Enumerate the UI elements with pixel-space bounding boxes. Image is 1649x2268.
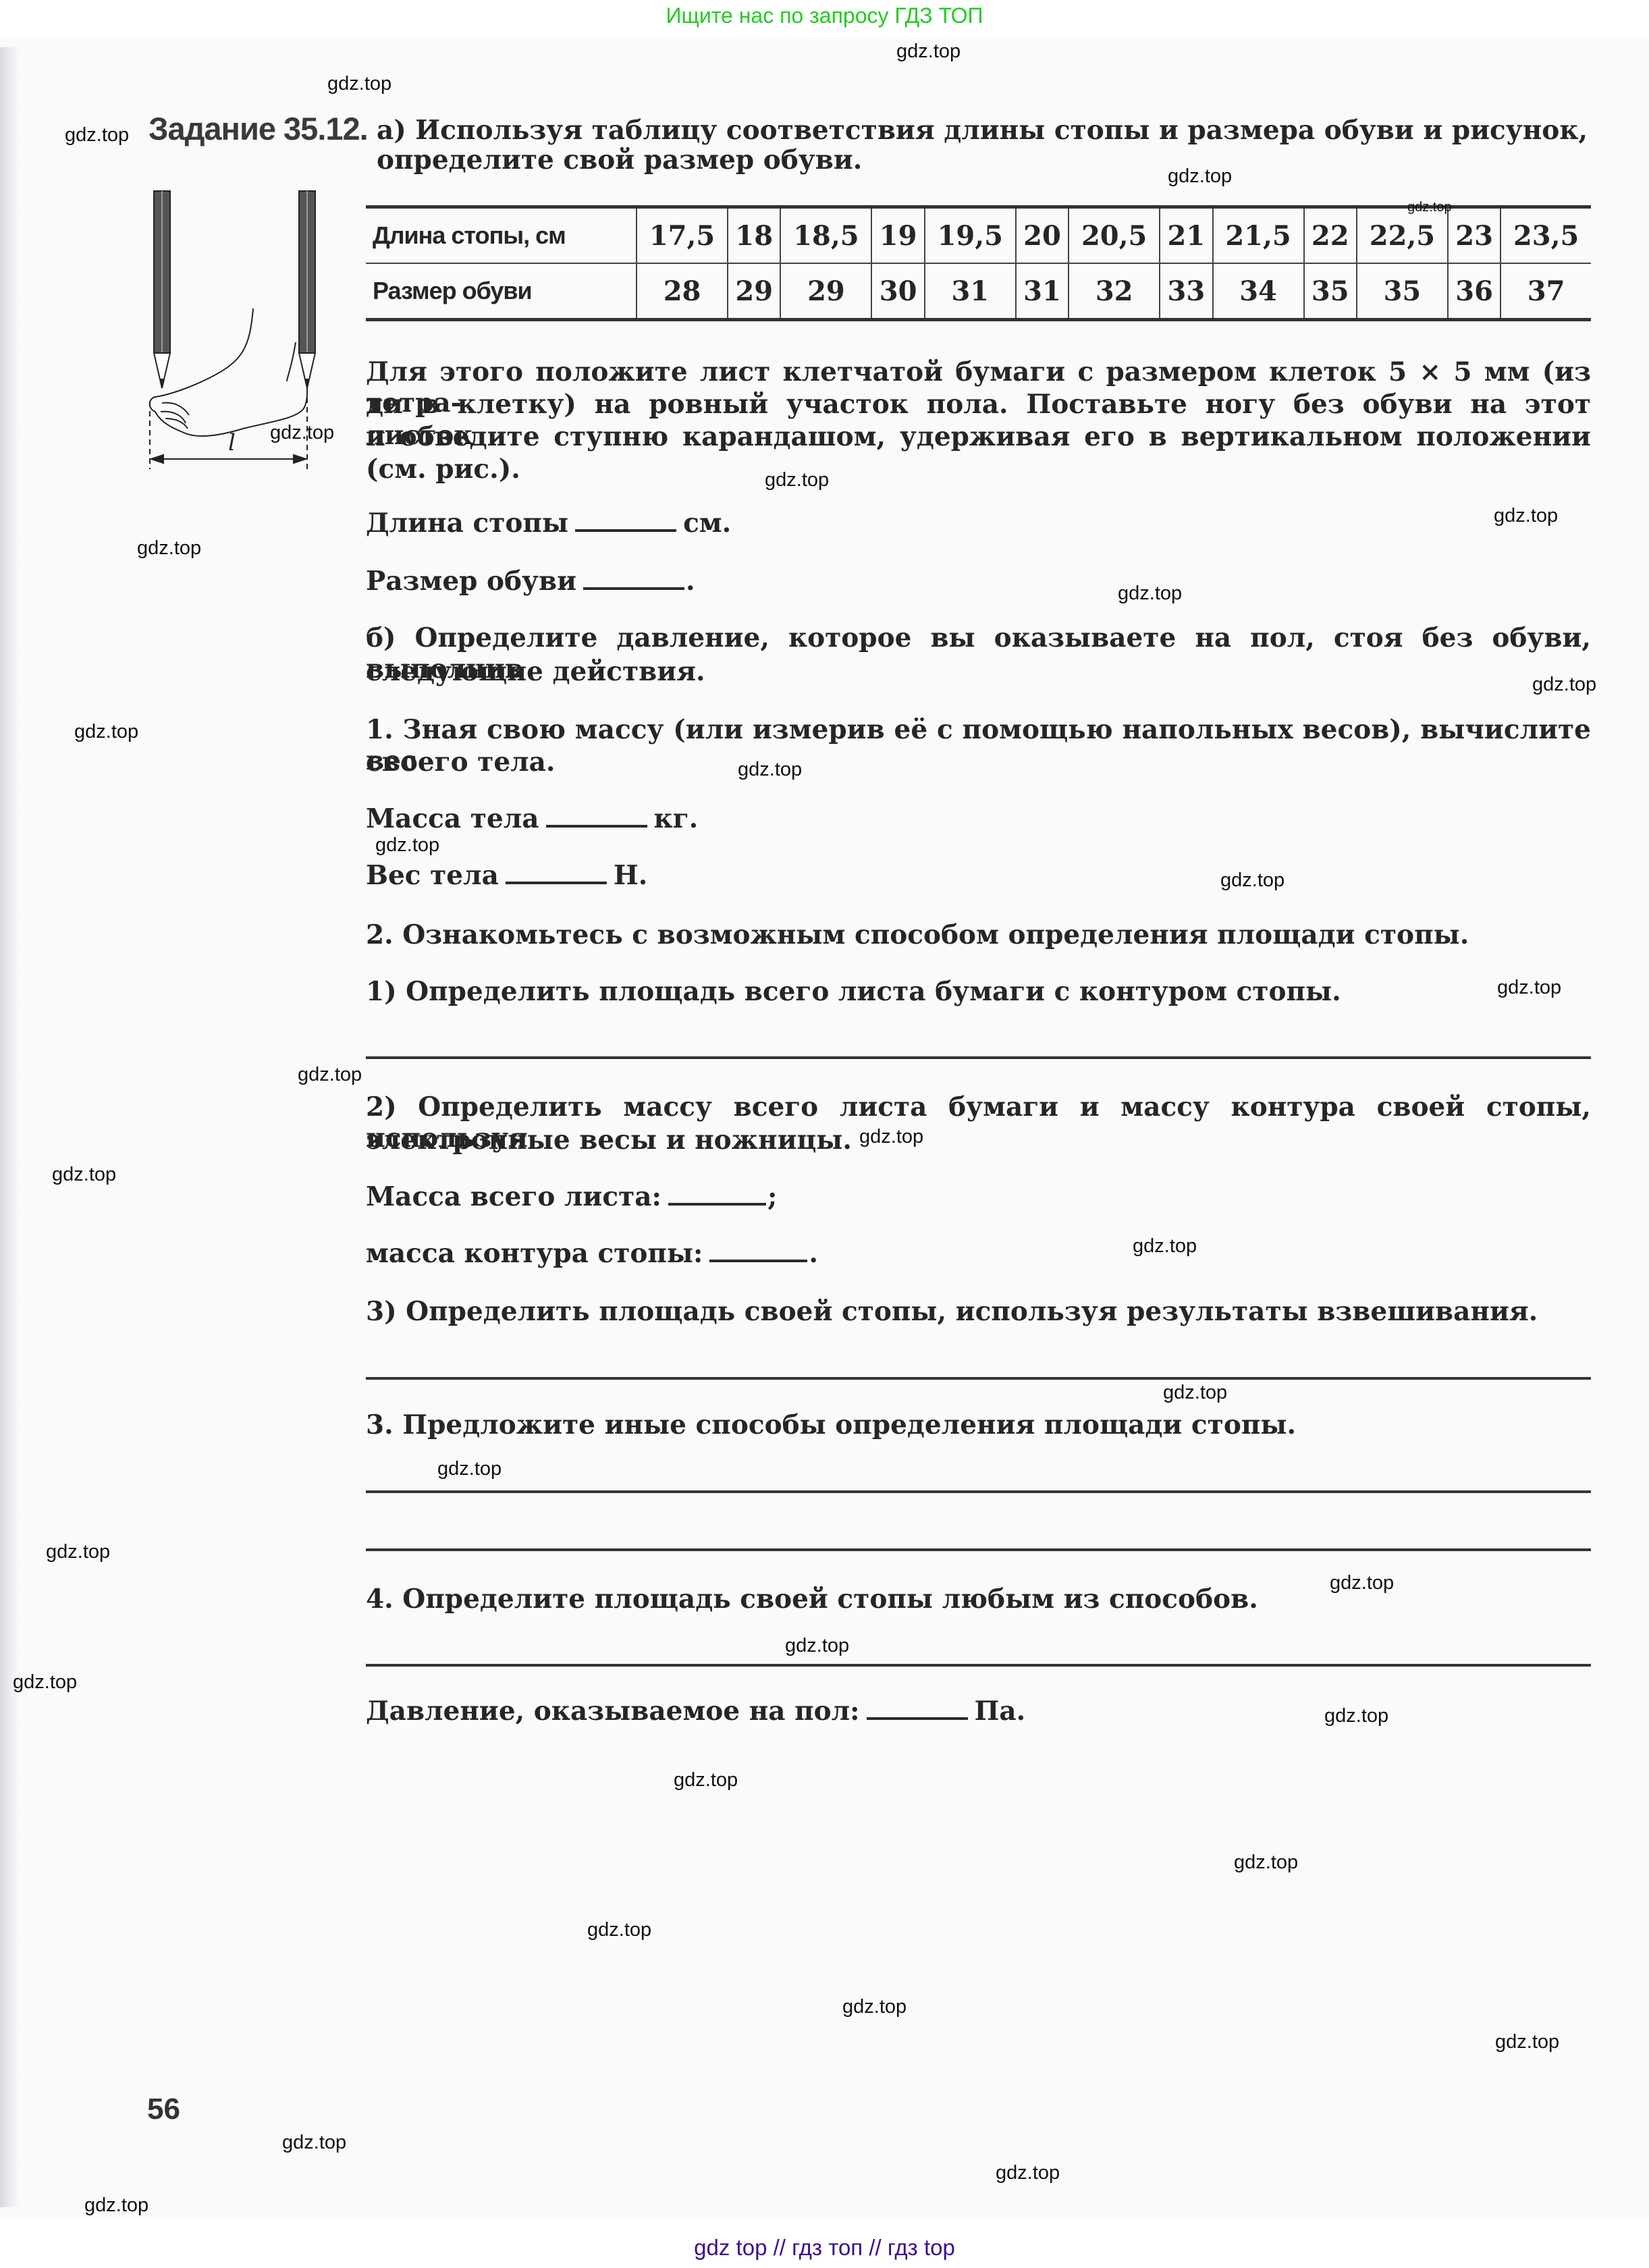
watermark: gdz.top	[13, 1671, 77, 1694]
weight-unit: Н.	[614, 860, 647, 891]
table-cell-shoe-size: 32	[1069, 263, 1160, 320]
table-cell-foot-length: 19,5	[925, 207, 1016, 264]
table-row-shoe-size: Размер обуви 28292930313132333435353637	[366, 263, 1591, 320]
watermark: gdz.top	[375, 834, 439, 857]
table-cell-shoe-size: 28	[637, 263, 728, 320]
watermark: gdz.top	[52, 1164, 116, 1186]
watermark: gdz.top	[1407, 200, 1452, 215]
contour-mass-row: масса контура стопы:.	[366, 1238, 818, 1269]
watermark: gdz.top	[270, 422, 334, 444]
answer-line[interactable]	[366, 1664, 1591, 1667]
watermark: gdz.top	[327, 73, 391, 95]
watermark: gdz.top	[1168, 165, 1232, 188]
watermark: gdz.top	[1494, 505, 1558, 527]
watermark: gdz.top	[84, 2194, 148, 2217]
watermark: gdz.top	[1497, 977, 1561, 999]
watermark: gdz.top	[996, 2162, 1060, 2184]
watermark: gdz.top	[1118, 583, 1182, 605]
step2-1: 1) Определить площадь всего листа бумаги…	[366, 976, 1341, 1007]
watermark: gdz.top	[298, 1064, 362, 1086]
watermark: gdz.top	[765, 469, 829, 491]
watermark: gdz.top	[1133, 1235, 1197, 1258]
watermark: gdz.top	[738, 759, 802, 781]
watermark: gdz.top	[1324, 1705, 1388, 1727]
table-cell-foot-length: 18,5	[780, 207, 871, 264]
step2-3: 3) Определить площадь своей стопы, испол…	[366, 1296, 1538, 1327]
weight-label: Вес тела	[366, 860, 499, 891]
page-binding-shadow	[0, 47, 20, 2207]
table-cell-foot-length: 22,5	[1357, 207, 1448, 264]
watermark: gdz.top	[1163, 1382, 1227, 1404]
mass-unit: кг.	[654, 803, 699, 834]
answer-line[interactable]	[366, 1377, 1591, 1380]
shoe-size-label: Размер обуви	[366, 566, 576, 597]
step2-heading: 2. Ознакомьтесь с возможным способом опр…	[366, 919, 1469, 950]
foot-length-blank[interactable]	[575, 529, 676, 532]
watermark: gdz.top	[1330, 1572, 1394, 1594]
mass-blank[interactable]	[546, 825, 647, 828]
foot-size-table: Длина стопы, см 17,51818,51919,52020,521…	[366, 205, 1591, 321]
contour-mass-end: .	[809, 1238, 818, 1269]
table-cell-shoe-size: 34	[1213, 263, 1304, 320]
watermark: gdz.top	[785, 1635, 849, 1657]
watermark: gdz.top	[74, 721, 138, 743]
watermark: gdz.top	[1532, 674, 1596, 696]
table-row-foot-length: Длина стопы, см 17,51818,51919,52020,521…	[366, 207, 1591, 264]
watermark: gdz.top	[859, 1126, 923, 1148]
pressure-label: Давление, оказываемое на пол:	[366, 1696, 860, 1727]
contour-mass-blank[interactable]	[709, 1260, 807, 1262]
answer-line[interactable]	[366, 1056, 1591, 1059]
answer-line[interactable]	[366, 1548, 1591, 1551]
foot-outline-icon	[150, 308, 307, 436]
top-banner[interactable]: Ищите нас по запросу ГДЗ ТОП	[0, 0, 1649, 34]
watermark: gdz.top	[896, 40, 961, 63]
table-cell-shoe-size: 33	[1160, 263, 1212, 320]
table-cell-foot-length: 22	[1304, 207, 1357, 264]
left-pencil-icon	[154, 191, 170, 388]
watermark: gdz.top	[1220, 869, 1285, 892]
sheet-mass-row: Масса всего листа:;	[366, 1181, 777, 1212]
foot-length-row: Длина стопысм.	[366, 508, 731, 539]
table-cell-shoe-size: 35	[1357, 263, 1448, 320]
watermark: gdz.top	[65, 124, 129, 146]
table-cell-foot-length: 17,5	[637, 207, 728, 264]
table-cell-shoe-size: 30	[871, 263, 924, 320]
table-cell-foot-length: 20,5	[1069, 207, 1160, 264]
table-cell-shoe-size: 35	[1304, 263, 1357, 320]
sheet-mass-label: Масса всего листа:	[366, 1181, 661, 1212]
pressure-row: Давление, оказываемое на пол:Па.	[366, 1696, 1025, 1727]
watermark: gdz.top	[674, 1769, 738, 1791]
part-a-line2: определите свой размер обуви.	[377, 144, 862, 175]
step4: 4. Определите площадь своей стопы любым …	[366, 1584, 1258, 1615]
table-cell-shoe-size: 36	[1448, 263, 1501, 320]
table-cell-foot-length: 18	[728, 207, 780, 264]
table-cell-shoe-size: 31	[925, 263, 1016, 320]
foot-length-label: Длина стопы	[366, 508, 568, 539]
watermark: gdz.top	[1495, 2031, 1559, 2053]
table-cell-shoe-size: 31	[1016, 263, 1069, 320]
watermark: gdz.top	[1234, 1852, 1298, 1874]
sheet-mass-blank[interactable]	[668, 1203, 766, 1206]
table-cell-foot-length: 23,5	[1501, 207, 1591, 264]
pressure-blank[interactable]	[867, 1717, 968, 1720]
row-header: Длина стопы, см	[366, 207, 637, 264]
weight-blank[interactable]	[506, 882, 607, 884]
watermark: gdz.top	[437, 1458, 502, 1480]
instructions-line: и обведите ступню карандашом, удерживая …	[366, 421, 1591, 452]
task-title: Задание 35.12.	[148, 110, 368, 147]
table-cell-foot-length: 20	[1016, 207, 1069, 264]
sheet-mass-end: ;	[767, 1181, 777, 1212]
table-cell-foot-length: 19	[871, 207, 924, 264]
table-cell-shoe-size: 29	[728, 263, 780, 320]
table-cell-foot-length: 21,5	[1213, 207, 1304, 264]
watermark: gdz.top	[46, 1541, 110, 1563]
step1-line2: своего тела.	[366, 747, 555, 778]
watermark: gdz.top	[282, 2132, 346, 2154]
pressure-unit: Па.	[975, 1696, 1026, 1727]
shoe-size-unit: .	[686, 566, 695, 597]
bottom-banner[interactable]: gdz top // гдз топ // гдз top	[0, 2227, 1649, 2268]
length-label: l	[228, 429, 236, 456]
part-b-line2: следующие действия.	[366, 656, 705, 687]
watermark: gdz.top	[842, 1996, 907, 2018]
answer-line[interactable]	[366, 1490, 1591, 1493]
step2-2-line2: электронные весы и ножницы.	[366, 1125, 852, 1156]
part-a-line1: а) Используя таблицу соответствия длины …	[377, 115, 1588, 146]
foot-length-unit: см.	[683, 508, 731, 539]
instructions-line: (см. рис.).	[366, 454, 520, 485]
contour-mass-label: масса контура стопы:	[366, 1238, 703, 1269]
shoe-size-blank[interactable]	[583, 587, 684, 590]
watermark: gdz.top	[137, 537, 201, 560]
table-cell-foot-length: 23	[1448, 207, 1501, 264]
mass-label: Масса тела	[366, 803, 539, 834]
table-cell-shoe-size: 29	[780, 263, 871, 320]
mass-row: Масса телакг.	[366, 803, 698, 834]
step3: 3. Предложите иные способы определения п…	[366, 1409, 1296, 1440]
right-pencil-icon	[299, 191, 315, 388]
watermark: gdz.top	[587, 1919, 651, 1941]
table-cell-shoe-size: 37	[1501, 263, 1591, 320]
row-header: Размер обуви	[366, 263, 637, 320]
weight-row: Вес телаН.	[366, 860, 647, 891]
shoe-size-row: Размер обуви.	[366, 566, 695, 597]
page-number: 56	[147, 2092, 180, 2126]
table-cell-foot-length: 21	[1160, 207, 1212, 264]
